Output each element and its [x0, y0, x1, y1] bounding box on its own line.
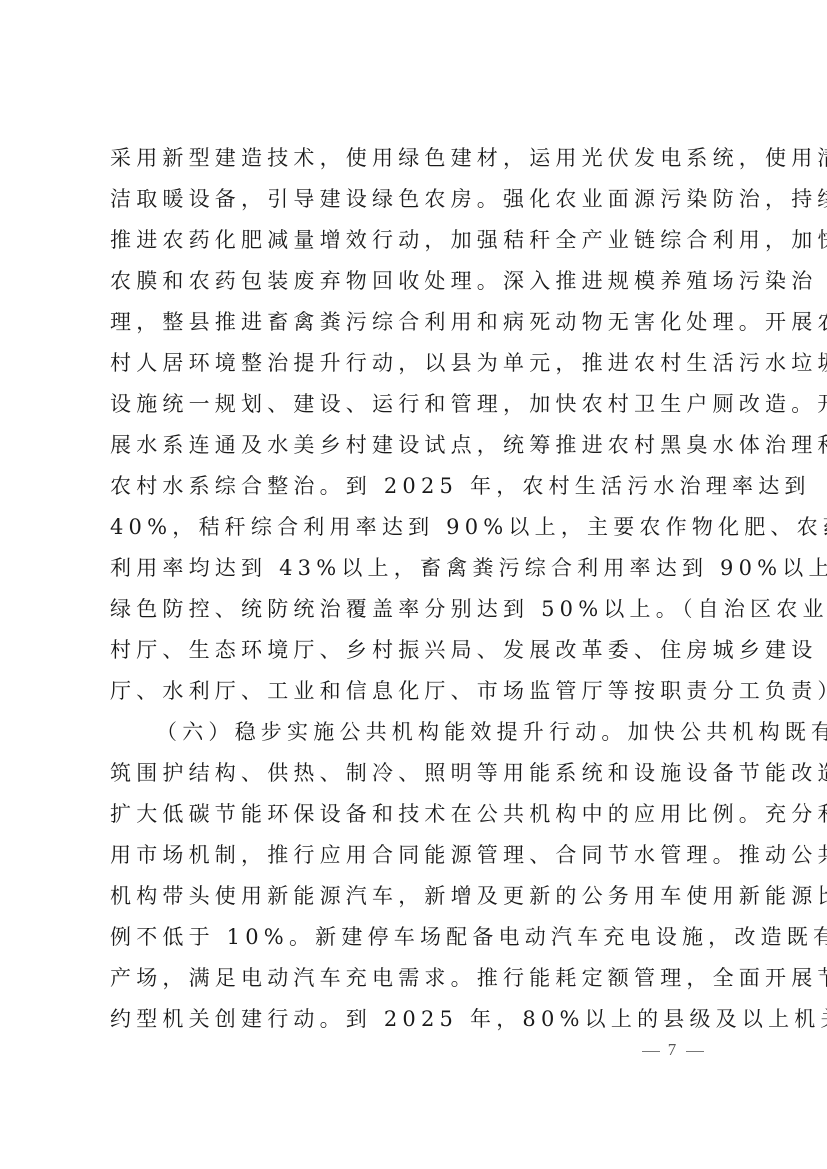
dash-right [686, 1051, 704, 1052]
text-line: 例不低于 10%。新建停车场配备电动汽车充电设施，改造既有停 [110, 917, 730, 958]
text-line: 约型机关创建行动。到 2025 年，80%以上的县级及以上机关建成 [110, 999, 730, 1040]
text-line: 机构带头使用新能源汽车，新增及更新的公务用车使用新能源比 [110, 876, 730, 917]
body-text: 采用新型建造技术，使用绿色建材，运用光伏发电系统，使用清 洁取暖设备，引导建设绿… [110, 138, 730, 1040]
text-line: 用市场机制，推行应用合同能源管理、合同节水管理。推动公共 [110, 835, 730, 876]
text-line: 利用率均达到 43%以上，畜禽粪污综合利用率达到 90%以上， [110, 548, 730, 589]
text-line: 设施统一规划、建设、运行和管理，加快农村卫生户厕改造。开 [110, 384, 730, 425]
page-number-value: 7 [668, 1040, 679, 1059]
text-line: 产场，满足电动汽车充电需求。推行能耗定额管理，全面开展节 [110, 958, 730, 999]
text-line: 村厅、生态环境厅、乡村振兴局、发展改革委、住房城乡建设 [110, 630, 730, 671]
text-line: 推进农药化肥减量增效行动，加强秸秆全产业链综合利用，加快 [110, 220, 730, 261]
document-page: 采用新型建造技术，使用绿色建材，运用光伏发电系统，使用清 洁取暖设备，引导建设绿… [0, 0, 827, 1169]
text-line: 洁取暖设备，引导建设绿色农房。强化农业面源污染防治，持续 [110, 179, 730, 220]
page-number: 7 [628, 1040, 718, 1060]
text-line: 农村水系综合整治。到 2025 年，农村生活污水治理率达到 [110, 466, 730, 507]
text-line: 展水系连通及水美乡村建设试点，统筹推进农村黑臭水体治理和 [110, 425, 730, 466]
text-line: 筑围护结构、供热、制冷、照明等用能系统和设施设备节能改造， [110, 753, 730, 794]
text-line: 扩大低碳节能环保设备和技术在公共机构中的应用比例。充分利 [110, 794, 730, 835]
section-heading-line: （六）稳步实施公共机构能效提升行动。加快公共机构既有建 [110, 712, 730, 753]
dash-left [642, 1051, 660, 1052]
text-line: 绿色防控、统防统治覆盖率分别达到 50%以上。（自治区农业农 [110, 589, 730, 630]
text-line: 采用新型建造技术，使用绿色建材，运用光伏发电系统，使用清 [110, 138, 730, 179]
text-line: 理，整县推进畜禽粪污综合利用和病死动物无害化处理。开展农 [110, 302, 730, 343]
text-line: 40%，秸秆综合利用率达到 90%以上，主要农作物化肥、农药 [110, 507, 730, 548]
text-line: 农膜和农药包装废弃物回收处理。深入推进规模养殖场污染治 [110, 261, 730, 302]
text-line: 厅、水利厅、工业和信息化厅、市场监管厅等按职责分工负责） [110, 671, 730, 712]
text-line: 村人居环境整治提升行动，以县为单元，推进农村生活污水垃圾 [110, 343, 730, 384]
